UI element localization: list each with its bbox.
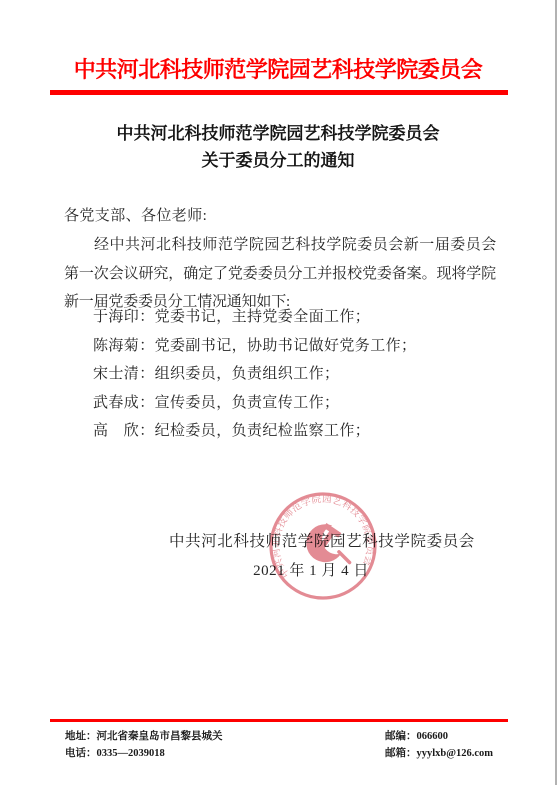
salutation: 各党支部、各位老师: xyxy=(64,204,207,225)
footer-phone: 电话：0335—2039018 xyxy=(65,745,223,762)
assignment-list: 于海印：党委书记，主持党委全面工作； 陈海菊：党委副书记，协助书记做好党务工作；… xyxy=(93,303,416,446)
assignment-item: 高 欣：纪检委员，负责纪检监察工作； xyxy=(93,417,416,446)
page-right-edge xyxy=(555,0,557,785)
letterhead-divider-line xyxy=(50,90,508,95)
signature-date: 2021 年 1 月 4 日 xyxy=(169,559,453,580)
footer-postcode: 邮编：066600 xyxy=(385,728,493,745)
document-title: 中共河北科技师范学院园艺科技学院委员会 关于委员分工的通知 xyxy=(0,120,556,174)
footer-left-column: 地址：河北省秦皇岛市昌黎县城关 电话：0335—2039018 xyxy=(65,728,223,762)
assignment-item: 武春成：宣传委员，负责宣传工作； xyxy=(93,389,416,418)
paragraph-line: 经中共河北科技师范学院园艺科技学院委员会新一届委员会 xyxy=(64,231,496,260)
document-page: 中共河北科技师范学院园艺科技学院委员会 中共河北科技师范学院园艺科技学院委员会 … xyxy=(0,0,558,785)
assignment-item: 陈海菊：党委副书记，协助书记做好党务工作； xyxy=(93,332,416,361)
assignment-item: 于海印：党委书记，主持党委全面工作； xyxy=(93,303,416,332)
signature-org-name: 中共河北科技师范学院园艺科技学院委员会 xyxy=(169,531,453,553)
assignment-item: 宋士清：组织委员，负责组织工作； xyxy=(93,360,416,389)
paragraph-line: 第一次会议研究，确定了党委委员分工并报校党委备案。现将学院 xyxy=(64,260,496,289)
footer-address: 地址：河北省秦皇岛市昌黎县城关 xyxy=(65,728,223,745)
letterhead-org-title: 中共河北科技师范学院园艺科技学院委员会 xyxy=(0,53,556,84)
footer-email: 邮箱：yyylxb@126.com xyxy=(385,745,493,762)
signature-block: 中共河北科技师范学院园艺科技学院委员会 2021 年 1 月 4 日 xyxy=(169,531,453,580)
document-title-line2: 关于委员分工的通知 xyxy=(0,147,556,174)
document-title-line1: 中共河北科技师范学院园艺科技学院委员会 xyxy=(0,120,556,147)
footer-right-column: 邮编：066600 邮箱：yyylxb@126.com xyxy=(385,728,493,762)
footer-divider-line xyxy=(50,719,508,722)
